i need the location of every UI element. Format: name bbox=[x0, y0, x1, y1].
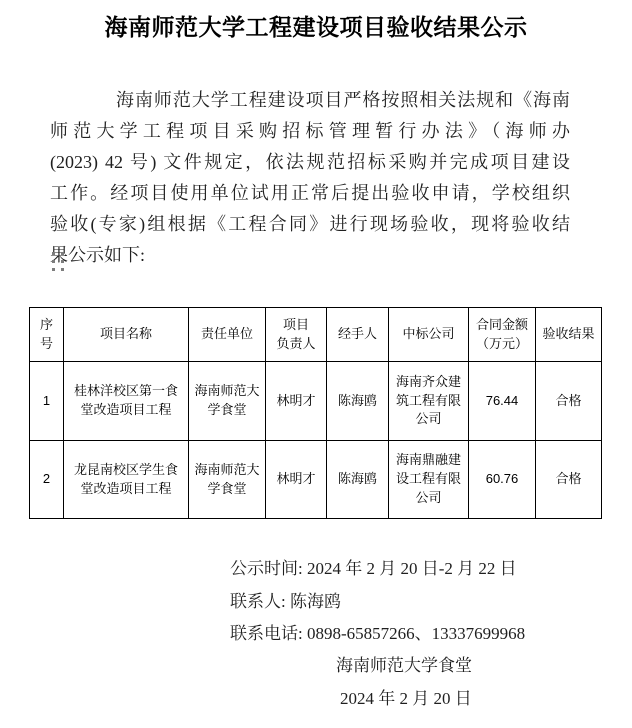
page-title: 海南师范大学工程建设项目验收结果公示 bbox=[0, 9, 632, 42]
table-row: 2 龙昆南校区学生食堂改造项目工程 海南师范大学食堂 林明才 陈海鸥 海南鼎融建… bbox=[30, 441, 602, 519]
dot bbox=[61, 252, 64, 255]
paragraph-line: 验收(专家)组根据《工程合同》进行现场验收，现将验收结 bbox=[50, 209, 570, 240]
dot bbox=[52, 268, 55, 271]
paragraph-line: (2023) 42 号) 文件规定，依法规范招标采购并完成项目建设 bbox=[50, 147, 570, 178]
notice-document: 海南师范大学工程建设项目验收结果公示 海南师范大学工程建设项目严格按照相关法规和… bbox=[0, 0, 632, 728]
signature-date: 2024 年 2 月 20 日 bbox=[340, 688, 472, 710]
cell-contract-amount: 60.76 bbox=[469, 441, 536, 519]
cell-project-manager: 林明才 bbox=[266, 441, 327, 519]
contact-person: 联系人: 陈海鸥 bbox=[230, 591, 341, 613]
paragraph-line: 海南师范大学工程建设项目严格按照相关法规和《海南 bbox=[50, 85, 570, 116]
table-row: 1 桂林洋校区第一食堂改造项目工程 海南师范大学食堂 林明才 陈海鸥 海南齐众建… bbox=[30, 362, 602, 441]
col-header-responsible-unit: 责任单位 bbox=[189, 308, 266, 362]
cell-responsible-unit: 海南师范大学食堂 bbox=[189, 441, 266, 519]
dot bbox=[52, 252, 55, 255]
paragraph-line: 工作。经项目使用单位试用正常后提出验收申请，学校组织 bbox=[50, 178, 570, 209]
dot bbox=[61, 260, 64, 263]
col-header-contract-amount: 合同金额 （万元） bbox=[469, 308, 536, 362]
table-header-row: 序 号 项目名称 责任单位 项目 负责人 经手人 中标公司 合同金额 （万元） … bbox=[30, 308, 602, 362]
cell-project-manager: 林明才 bbox=[266, 362, 327, 441]
drag-dots-icon[interactable] bbox=[52, 252, 65, 273]
cell-acceptance-result: 合格 bbox=[536, 441, 602, 519]
paragraph-line: 师范大学工程项目采购招标管理暂行办法》（海师办 bbox=[50, 116, 570, 147]
cell-seq: 1 bbox=[30, 362, 64, 441]
col-header-seq: 序 号 bbox=[30, 308, 64, 362]
dot bbox=[61, 268, 64, 271]
contact-phone: 联系电话: 0898-65857266、13337699968 bbox=[230, 623, 525, 645]
publicity-time: 公示时间: 2024 年 2 月 20 日-2 月 22 日 bbox=[230, 558, 517, 580]
col-header-winning-company: 中标公司 bbox=[389, 308, 469, 362]
col-header-project-manager: 项目 负责人 bbox=[266, 308, 327, 362]
col-header-acceptance-result: 验收结果 bbox=[536, 308, 602, 362]
cell-winning-company: 海南齐众建筑工程有限公司 bbox=[389, 362, 469, 441]
col-header-project-name: 项目名称 bbox=[64, 308, 189, 362]
cell-handler: 陈海鸥 bbox=[327, 441, 389, 519]
cell-project-name: 桂林洋校区第一食堂改造项目工程 bbox=[64, 362, 189, 441]
cell-project-name: 龙昆南校区学生食堂改造项目工程 bbox=[64, 441, 189, 519]
cell-seq: 2 bbox=[30, 441, 64, 519]
cell-acceptance-result: 合格 bbox=[536, 362, 602, 441]
cell-handler: 陈海鸥 bbox=[327, 362, 389, 441]
paragraph-line: 果公示如下: bbox=[50, 240, 570, 271]
cell-responsible-unit: 海南师范大学食堂 bbox=[189, 362, 266, 441]
signature-unit: 海南师范大学食堂 bbox=[336, 655, 472, 677]
dot bbox=[52, 260, 55, 263]
intro-paragraph: 海南师范大学工程建设项目严格按照相关法规和《海南 师范大学工程项目采购招标管理暂… bbox=[50, 85, 570, 271]
acceptance-results-table: 序 号 项目名称 责任单位 项目 负责人 经手人 中标公司 合同金额 （万元） … bbox=[29, 307, 602, 519]
cell-contract-amount: 76.44 bbox=[469, 362, 536, 441]
col-header-handler: 经手人 bbox=[327, 308, 389, 362]
cell-winning-company: 海南鼎融建设工程有限公司 bbox=[389, 441, 469, 519]
